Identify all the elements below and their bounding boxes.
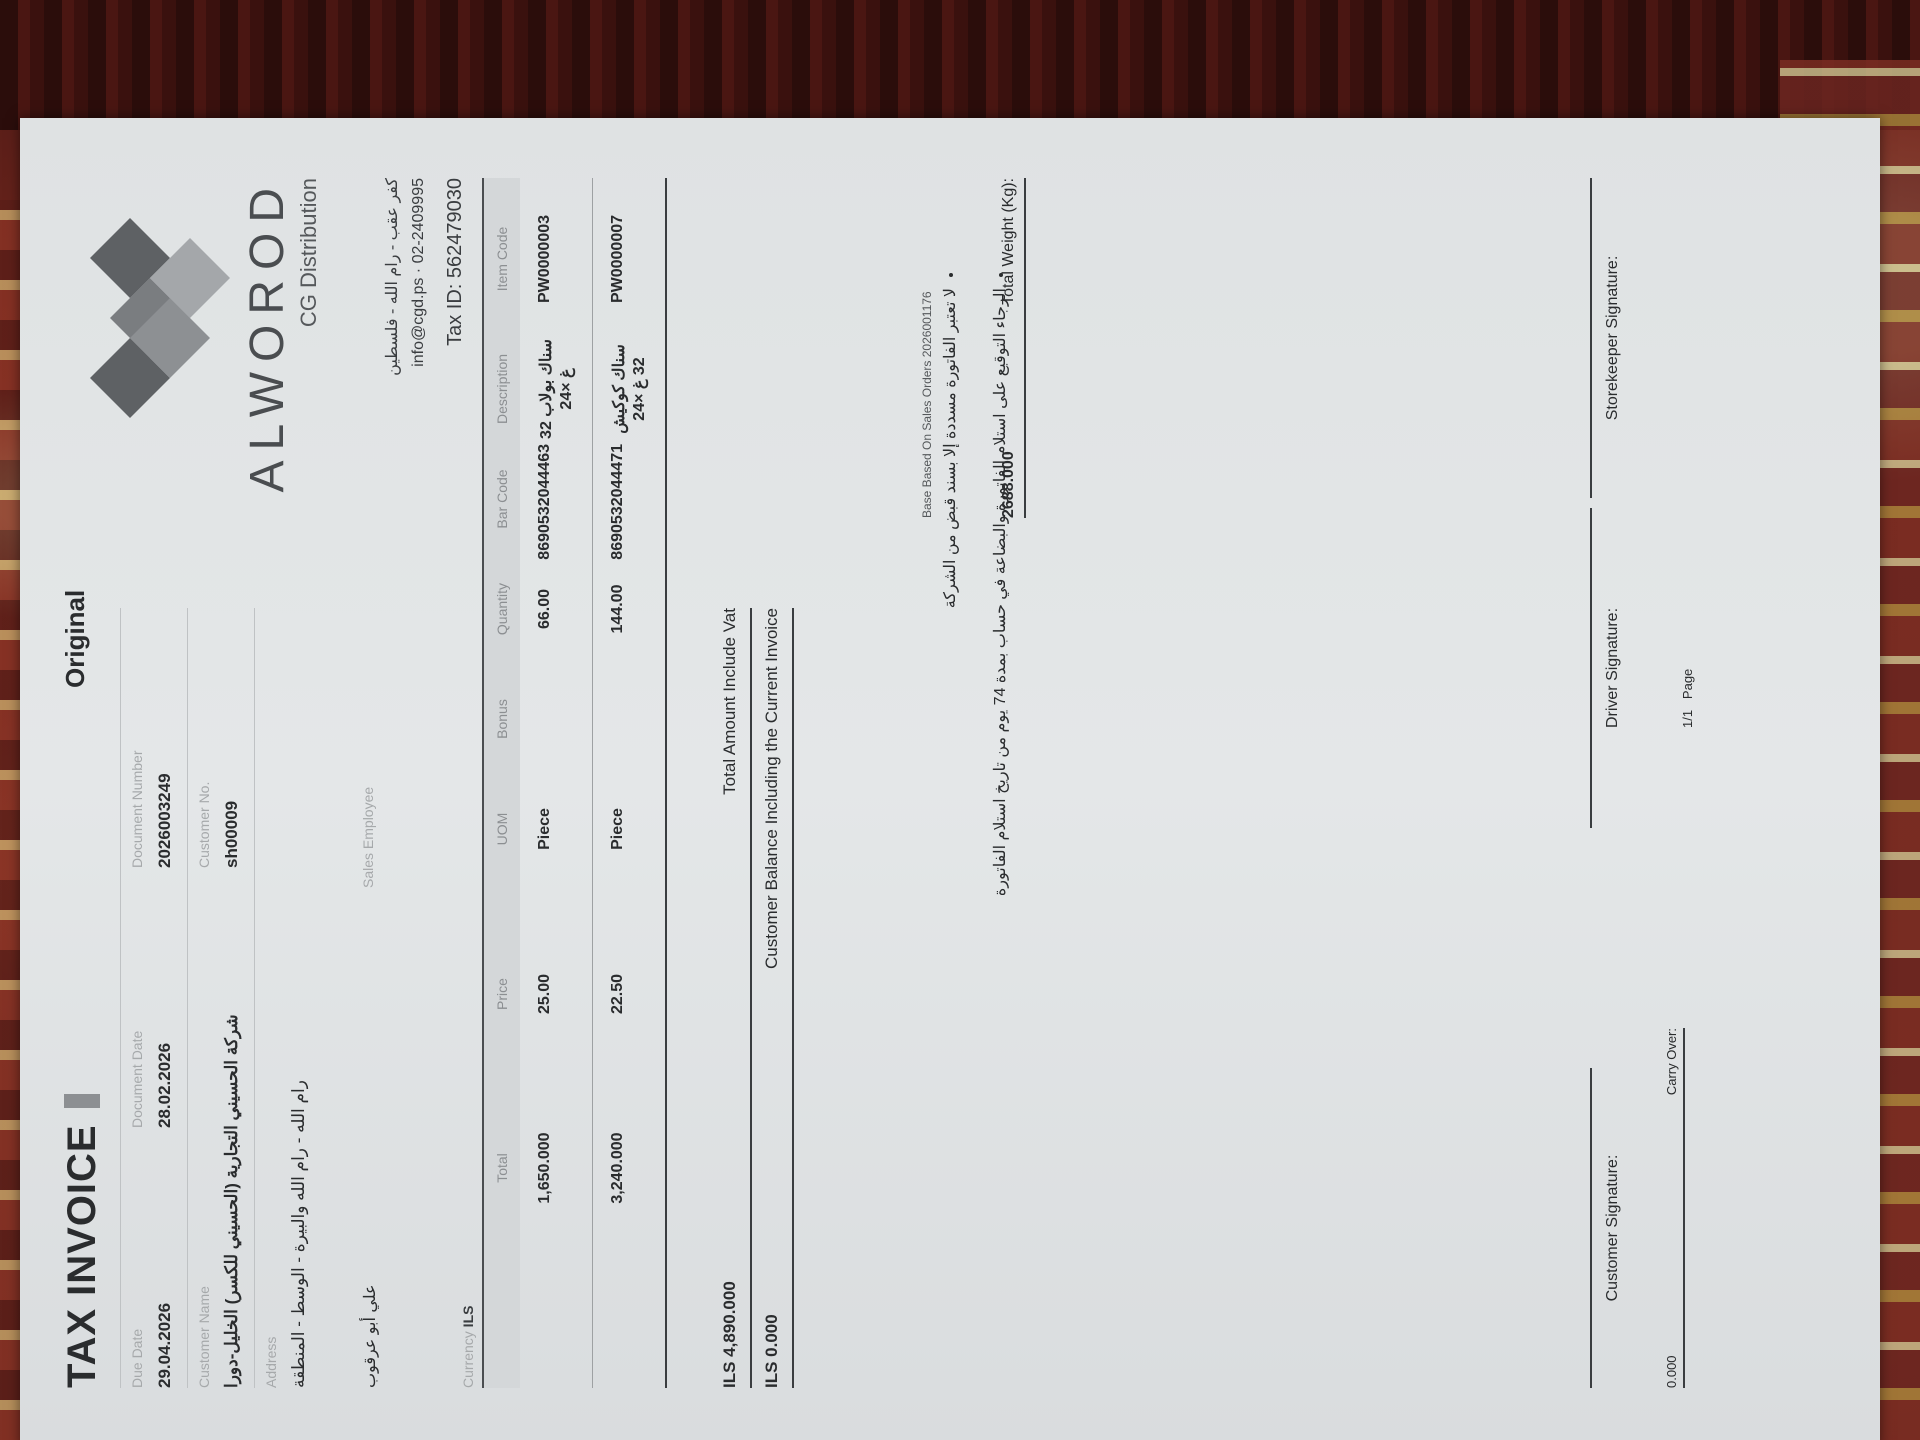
address: رام الله - رام الله والبيرة - الوسط - ال… — [289, 608, 309, 1388]
document-number: 2026003249 — [155, 608, 175, 868]
items-table: Currency ILS Item Code Description Bar C… — [460, 178, 667, 1388]
invoice-title: TAX INVOICE — [60, 1124, 105, 1388]
col-uom: UOM — [494, 774, 510, 884]
company-subtitle: CG Distribution — [296, 178, 322, 327]
table-row: PW0000003سناك بولاب 32 غ ×24869053204446… — [520, 178, 593, 1388]
col-price: Price — [494, 884, 510, 1104]
cell-bar-code: 8690532044471 — [609, 444, 649, 554]
carry-over: 0.000Carry Over: — [1660, 1028, 1685, 1388]
cell-uom: Piece — [536, 774, 576, 884]
col-total: Total — [494, 1104, 510, 1232]
company-logo: ALWOROD CG Distribution — [60, 178, 360, 598]
customer-no-label: Customer No. — [196, 608, 212, 868]
cell-description: سناك كوكيش 32 غ ×24 — [609, 334, 649, 444]
cell-item-code: PW0000007 — [609, 184, 649, 334]
customer-name-label: Customer Name — [196, 868, 212, 1388]
sales-employee-label: Sales Employee — [360, 787, 376, 888]
company-address: كفر عقب - رام الله - فلسطين — [380, 178, 406, 376]
document-date: 28.02.2026 — [155, 868, 175, 1128]
copy-label: Original — [60, 590, 91, 688]
page-number: 1/1 Page — [1680, 669, 1695, 728]
customer-balance-label: Customer Balance Including the Current I… — [762, 608, 782, 969]
invoice-paper: TAX INVOICE Original Due Date29.04.2026 … — [20, 118, 1880, 1440]
customer-balance: ILS 0.000 — [762, 1314, 782, 1388]
alworod-logo-icon — [70, 208, 240, 418]
cell-price: 22.50 — [609, 884, 649, 1104]
table-row: PW0000007سناك كوكيش 32 غ ×24869053204447… — [593, 178, 667, 1388]
address-label: Address — [263, 608, 279, 1388]
col-description: Description — [494, 334, 510, 444]
carpet-background-top — [0, 0, 1920, 130]
cell-uom: Piece — [609, 774, 649, 884]
cell-quantity: 144.00 — [609, 554, 649, 664]
weight-section: Base Based On Sales Orders 2026001176 26… — [920, 178, 1026, 518]
driver-signature: Driver Signature: — [1590, 508, 1622, 828]
total-amount-label: Total Amount Include Vat — [720, 608, 740, 795]
col-bonus: Bonus — [494, 664, 510, 774]
total-amount: ILS 4,890.000 — [720, 1281, 740, 1388]
document-number-label: Document Number — [129, 608, 145, 868]
currency: Currency ILS — [460, 178, 476, 1388]
document-date-label: Document Date — [129, 868, 145, 1128]
customer-name: شركة الحسيني التجارية (الحسيني للكسر) ال… — [222, 868, 242, 1388]
sales-employee: علي أبو عرقوب — [360, 1284, 380, 1388]
invoice-meta: Due Date29.04.2026 Document Date28.02.20… — [120, 608, 321, 1388]
col-item-code: Item Code — [494, 184, 510, 334]
total-weight-label: Total Weight (Kg): — [1000, 178, 1018, 305]
cell-total: 3,240.000 — [609, 1104, 649, 1232]
total-weight: 2688.000 — [1000, 451, 1018, 518]
col-quantity: Quantity — [494, 554, 510, 664]
company-contact: info@cgd.ps · 02-2409995 — [406, 178, 432, 376]
cell-price: 25.00 — [536, 884, 576, 1104]
cell-bonus — [609, 664, 649, 774]
cell-bar-code: 8690532044463 — [536, 444, 576, 554]
cell-total: 1,650.000 — [536, 1104, 576, 1232]
due-date: 29.04.2026 — [155, 1128, 175, 1388]
customer-no: sh00009 — [222, 608, 242, 868]
company-name: ALWOROD — [240, 178, 295, 492]
cell-item-code: PW0000003 — [536, 184, 576, 334]
customer-signature: Customer Signature: — [1590, 1068, 1622, 1388]
cell-quantity: 66.00 — [536, 554, 576, 664]
col-bar-code: Bar Code — [494, 444, 510, 554]
cell-bonus — [536, 664, 576, 774]
title-accent-bar — [64, 1094, 100, 1108]
company-info: كفر عقب - رام الله - فلسطين info@cgd.ps … — [380, 178, 468, 376]
cell-description: سناك بولاب 32 غ ×24 — [536, 334, 576, 444]
table-header: Item Code Description Bar Code Quantity … — [482, 178, 520, 1388]
storekeeper-signature: Storekeeper Signature: — [1590, 178, 1622, 498]
due-date-label: Due Date — [129, 1128, 145, 1388]
based-on-orders: Base Based On Sales Orders 2026001176 — [920, 178, 934, 518]
totals: ILS 4,890.000Total Amount Include Vat IL… — [710, 608, 794, 1388]
